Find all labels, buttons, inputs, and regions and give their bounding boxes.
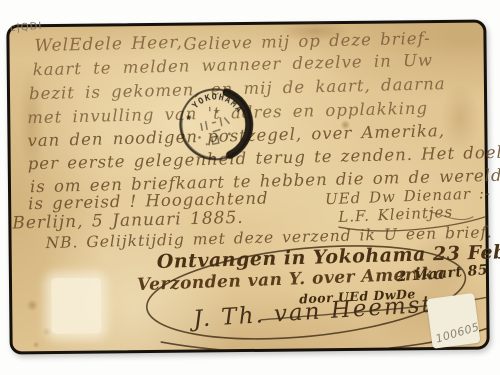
inventory-number: 100605 <box>434 320 481 345</box>
pencil-catalog-note: c|QDI <box>10 21 43 34</box>
stain <box>33 341 40 348</box>
postcard: WelEdele Heer, Gelieve mij op deze brief… <box>6 19 489 354</box>
postmark-light-arc <box>180 114 216 163</box>
photo-background: c|QDI WelEdele Heer, Gelieve mij op deze… <box>0 0 500 375</box>
postmark-date-smudge <box>194 109 233 147</box>
inventory-sticker: 100605 <box>426 293 480 349</box>
handwriting-line-1: Gelieve mij op deze brief- <box>183 31 431 54</box>
stain <box>42 327 51 336</box>
handwriting-dateline: Berlijn, 5 Januari 1885. <box>12 210 244 233</box>
sender-signature: L.F. Kleintjes <box>338 205 453 225</box>
handwriting-line-2: kaart te melden wanneer dezelve in Uw <box>33 52 434 78</box>
yokohama-postmark: ✱ YOKOHAMA <box>175 84 256 165</box>
handwriting-salutation: WelEdele Heer, <box>34 35 183 56</box>
stain <box>26 299 38 311</box>
recipient-signature: J. Th. van Heemst <box>193 294 434 332</box>
removed-stamp-patch <box>51 278 102 335</box>
